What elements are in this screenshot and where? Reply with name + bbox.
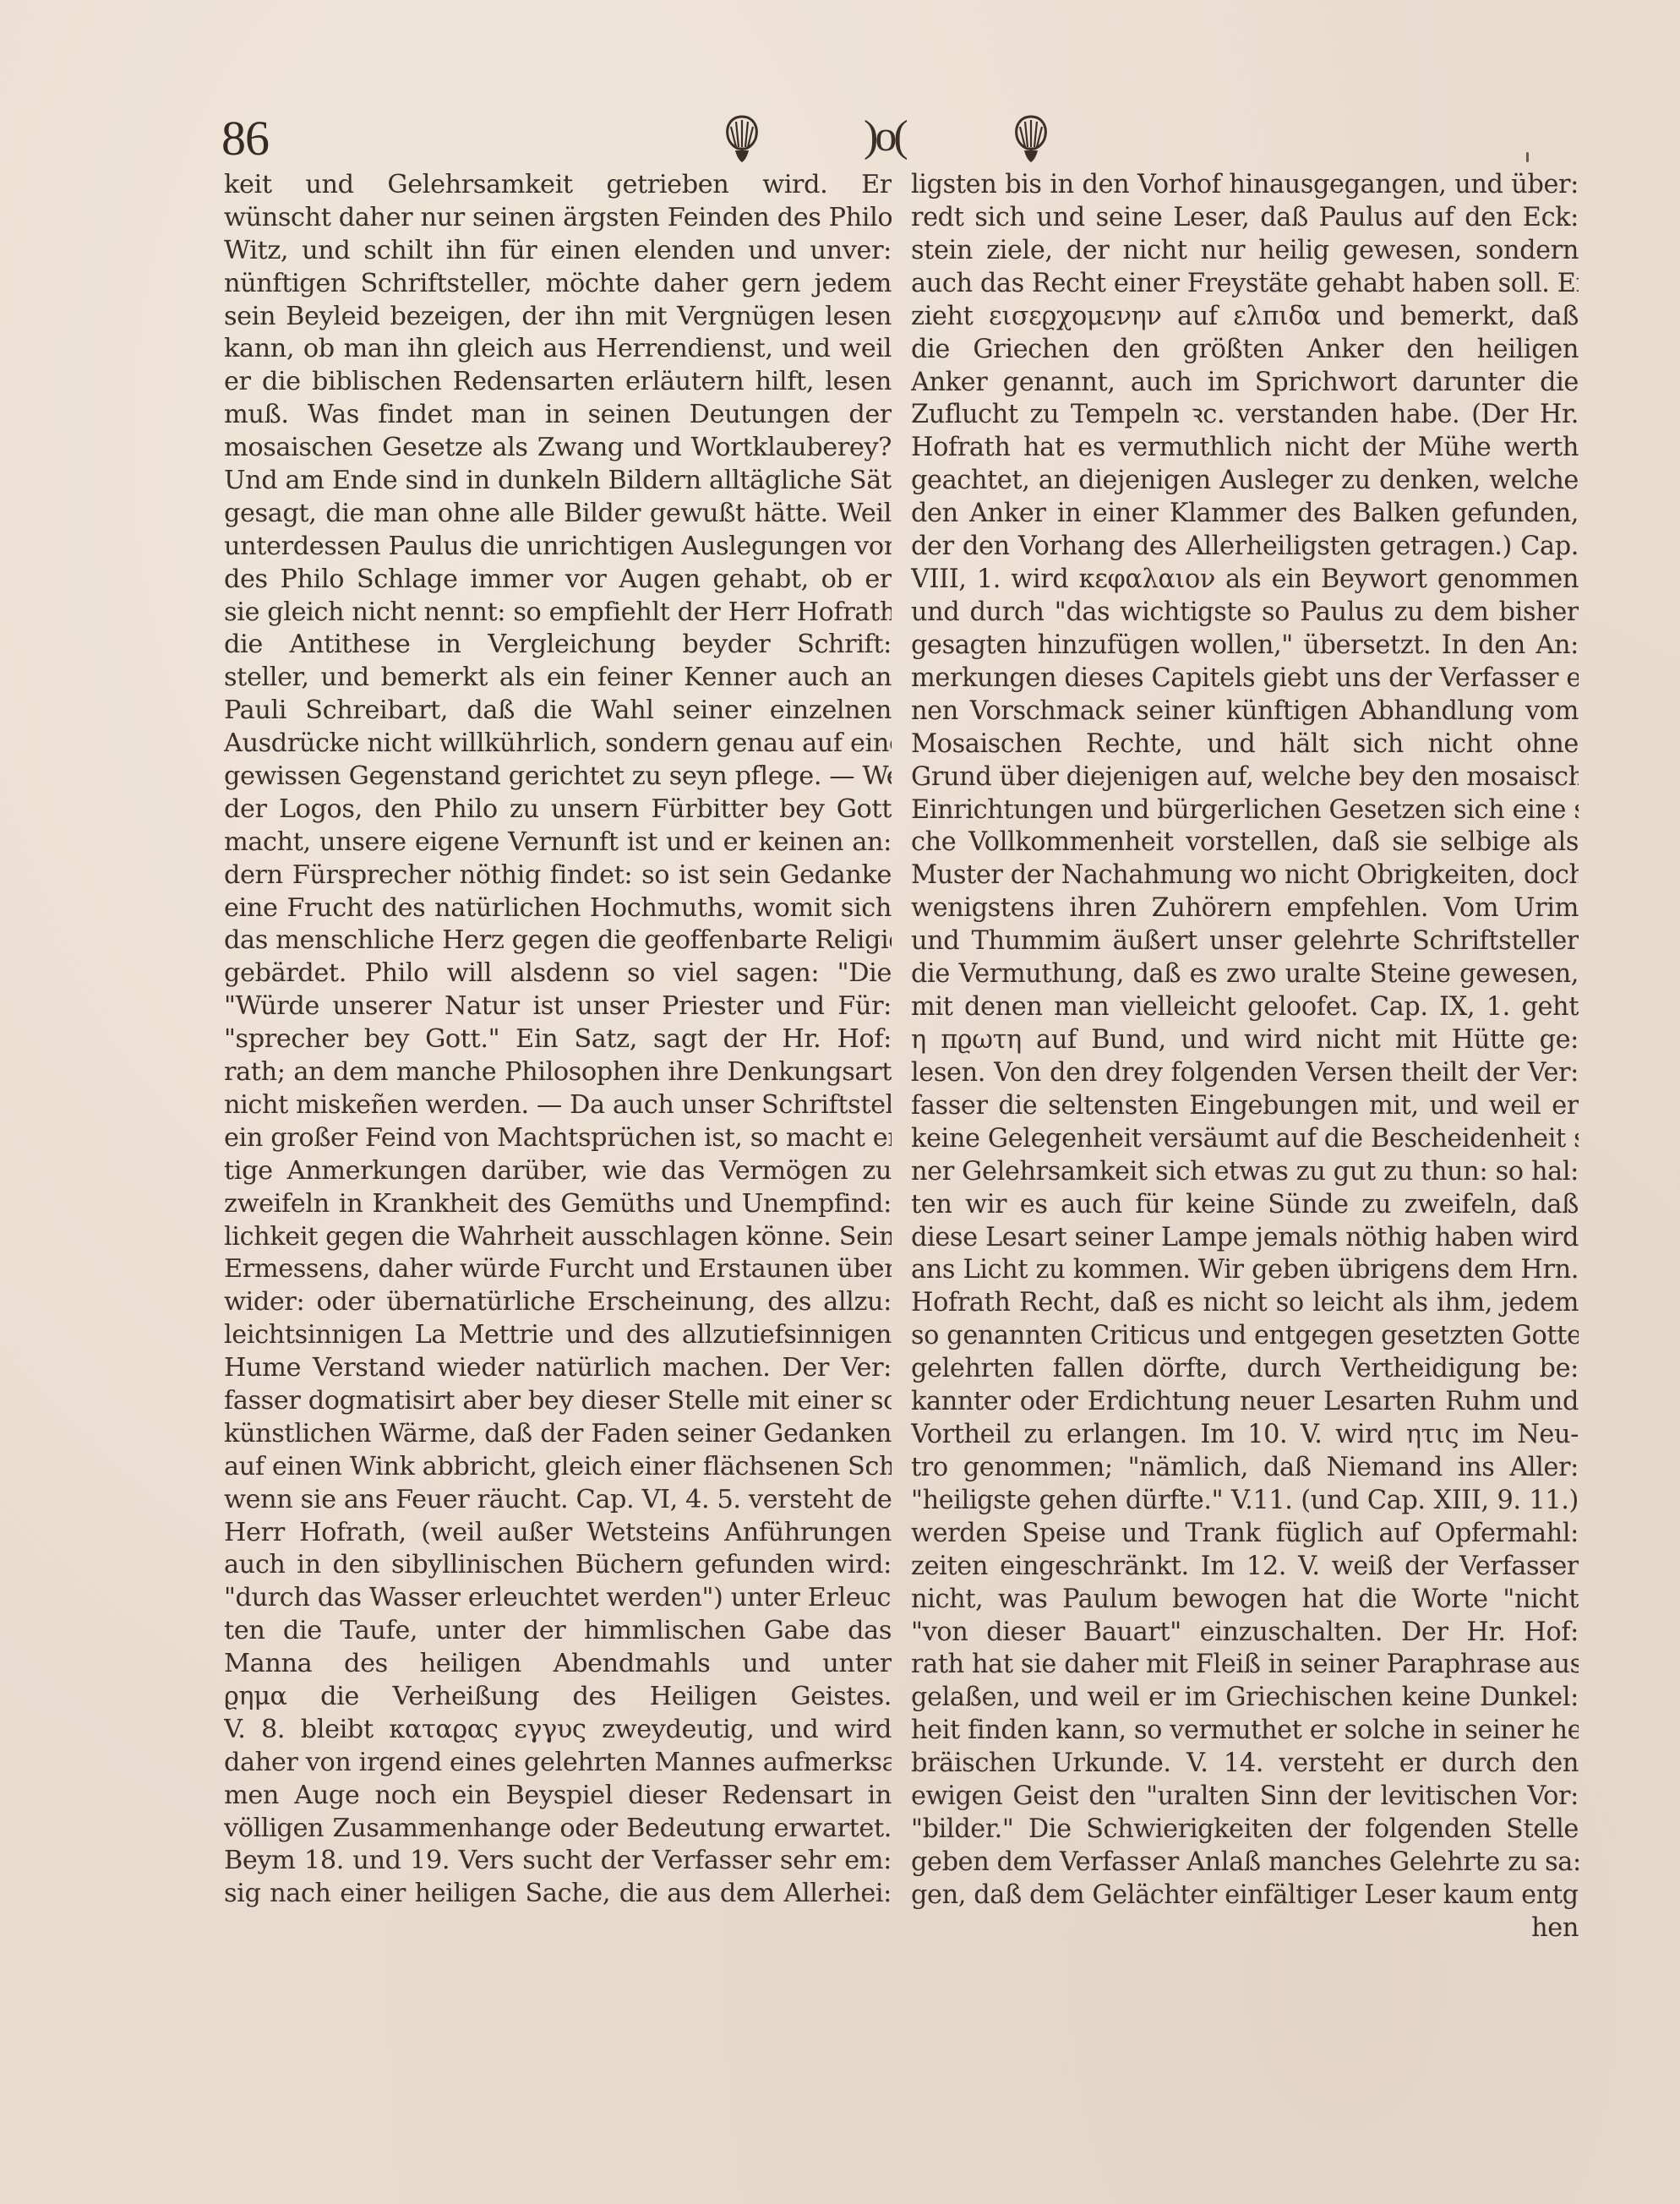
text-line: "von dieser Bauart" einzuschalten. Der H… (911, 1617, 1579, 1650)
text-line: ten wir es auch für keine Sünde zu zweif… (911, 1189, 1579, 1222)
text-line: sie gleich nicht nennt: so empfiehlt der… (224, 597, 892, 630)
text-line: ligsten bis in den Vorhof hinausgegangen… (911, 169, 1579, 202)
text-line: mosaischen Gesetze als Zwang und Wortkla… (224, 432, 892, 465)
text-line: nicht, was Paulum bewogen hat die Worte … (911, 1584, 1579, 1617)
text-line: tige Anmerkungen darüber, wie das Vermög… (224, 1155, 892, 1188)
text-line: unterdessen Paulus die unrichtigen Ausle… (224, 531, 892, 564)
text-line: so genannten Criticus und entgegen geset… (911, 1320, 1579, 1353)
text-line: nicht miskeñen werden. — Da auch unser S… (224, 1089, 892, 1122)
text-line: geben dem Verfasser Anlaß manches Gelehr… (911, 1847, 1579, 1879)
text-line: Einrichtungen und bürgerlichen Gesetzen … (911, 794, 1579, 827)
text-line: der den Vorhang des Allerheiligsten getr… (911, 531, 1579, 564)
text-line: ans Licht zu kommen. Wir geben übrigens … (911, 1254, 1579, 1287)
text-column-left: keit und Gelehrsamkeit getrieben wird. E… (224, 169, 892, 1911)
text-line: "heiligste gehen dürfte." V.11. (und Cap… (911, 1485, 1579, 1518)
text-line: Vortheil zu erlangen. Im 10. V. wird ητι… (911, 1419, 1579, 1452)
text-line: gewissen Gegenstand gerichtet zu seyn pf… (224, 761, 892, 794)
text-line: gesagt, die man ohne alle Bilder gewußt … (224, 498, 892, 531)
text-line: Und am Ende sind in dunkeln Bildern allt… (224, 465, 892, 498)
text-line: zweifeln in Krankheit des Gemüths und Un… (224, 1188, 892, 1221)
text-line: nünftigen Schriftsteller, möchte daher g… (224, 268, 892, 301)
text-line: dern Fürsprecher nöthig findet: so ist s… (224, 859, 892, 892)
text-line: lesen. Von den drey folgenden Versen the… (911, 1057, 1579, 1090)
text-line: eine Frucht des natürlichen Hochmuths, w… (224, 892, 892, 925)
text-line: Hume Verstand wieder natürlich machen. D… (224, 1352, 892, 1385)
text-line: "sprecher bey Gott." Ein Satz, sagt der … (224, 1023, 892, 1056)
text-line: der Logos, den Philo zu unsern Fürbitter… (224, 794, 892, 826)
text-line: η πϱωτη auf Bund, und wird nicht mit Hüt… (911, 1024, 1579, 1057)
text-line: die Griechen den größten Anker den heili… (911, 334, 1579, 367)
text-line: den Anker in einer Klammer des Balken ge… (911, 498, 1579, 531)
text-line: tro genommen; "nämlich, daß Niemand ins … (911, 1452, 1579, 1485)
text-line: wünscht daher nur seinen ärgsten Feinden… (224, 202, 892, 235)
scallop-shell-icon (1014, 115, 1048, 166)
text-line: gelaßen, und weil er im Griechischen kei… (911, 1682, 1579, 1715)
text-line: die Vermuthung, daß es zwo uralte Steine… (911, 958, 1579, 991)
text-line: des Philo Schlage immer vor Augen gehabt… (224, 564, 892, 597)
text-line: künstlichen Wärme, daß der Faden seiner … (224, 1418, 892, 1451)
text-line: wider: oder übernatürliche Erscheinung, … (224, 1286, 892, 1319)
text-line: che Vollkommenheit vorstellen, daß sie s… (911, 826, 1579, 859)
text-line: auch das Recht einer Freystäte gehabt ha… (911, 268, 1579, 301)
scallop-shell-icon (725, 115, 759, 166)
text-line: werden Speise und Trank füglich auf Opfe… (911, 1518, 1579, 1551)
text-line: keit und Gelehrsamkeit getrieben wird. E… (224, 169, 892, 202)
text-line: zeiten eingeschränkt. Im 12. V. weiß der… (911, 1551, 1579, 1584)
text-line: fasser die seltensten Eingebungen mit, u… (911, 1090, 1579, 1123)
text-line: diese Lesart seiner Lampe jemals nöthig … (911, 1222, 1579, 1255)
text-line: auch in den sibyllinischen Büchern gefun… (224, 1549, 892, 1582)
text-line: Zuflucht zu Tempeln ꝛc. verstanden habe.… (911, 399, 1579, 432)
text-line: VIII, 1. wird κεφαλαιον als ein Beywort … (911, 564, 1579, 597)
text-line: er die biblischen Redensarten erläutern … (224, 366, 892, 399)
text-line: Witz, und schilt ihn für einen elenden u… (224, 235, 892, 268)
ink-speck (1526, 152, 1529, 162)
catchword: hen (911, 1912, 1579, 1945)
text-line: merkungen dieses Capitels giebt uns der … (911, 663, 1579, 696)
text-line: geachtet, an diejenigen Ausleger zu denk… (911, 465, 1579, 498)
text-line: sig nach einer heiligen Sache, die aus d… (224, 1878, 892, 1911)
text-line: völligen Zusammenhange oder Bedeutung er… (224, 1813, 892, 1846)
text-line: kann, ob man ihn gleich aus Herrendienst… (224, 333, 892, 366)
text-line: leichtsinnigen La Mettrie und des allzut… (224, 1319, 892, 1352)
text-line: keine Gelegenheit versäumt auf die Besch… (911, 1123, 1579, 1156)
text-line: V. 8. bleibt καταϱας εγγυς zweydeutig, u… (224, 1714, 892, 1747)
page-number: 86 (221, 113, 269, 164)
text-line: nen Vorschmack seiner künftigen Abhandlu… (911, 696, 1579, 728)
text-line: auf einen Wink abbricht, gleich einer fl… (224, 1451, 892, 1484)
text-line: ner Gelehrsamkeit sich etwas zu gut zu t… (911, 1156, 1579, 1189)
text-line: Ermessens, daher würde Furcht und Erstau… (224, 1253, 892, 1286)
text-line: muß. Was findet man in seinen Deutungen … (224, 399, 892, 432)
text-column-right: ligsten bis in den Vorhof hinausgegangen… (911, 169, 1579, 1945)
text-line: wenn sie ans Feuer räucht. Cap. VI, 4. 5… (224, 1484, 892, 1517)
text-line: rath; an dem manche Philosophen ihre Den… (224, 1056, 892, 1089)
text-line: heit finden kann, so vermuthet er solche… (911, 1715, 1579, 1748)
text-line: macht, unsere eigene Vernunft ist und er… (224, 826, 892, 859)
text-line: Hofrath hat es vermuthlich nicht der Müh… (911, 432, 1579, 465)
text-line: ten die Taufe, unter der himmlischen Gab… (224, 1615, 892, 1648)
book-page: 86 )o( keit und Gelehrsamkeit getrieben … (0, 0, 1680, 2204)
text-line: fasser dogmatisirt aber bey dieser Stell… (224, 1385, 892, 1418)
text-line: "durch das Wasser erleuchtet werden") un… (224, 1582, 892, 1615)
text-line: daher von irgend eines gelehrten Mannes … (224, 1747, 892, 1780)
text-line: Hofrath Recht, daß es nicht so leicht al… (911, 1287, 1579, 1320)
text-line: Muster der Nachahmung wo nicht Obrigkeit… (911, 859, 1579, 892)
text-line: wenigstens ihren Zuhörern empfehlen. Vom… (911, 892, 1579, 925)
text-line: men Auge noch ein Beyspiel dieser Redens… (224, 1780, 892, 1813)
text-line: gebärdet. Philo will alsdenn so viel sag… (224, 957, 892, 990)
text-line: und durch "das wichtigste so Paulus zu d… (911, 597, 1579, 630)
text-line: die Antithese in Vergleichung beyder Sch… (224, 629, 892, 662)
text-line: Mosaischen Rechte, und hält sich nicht o… (911, 728, 1579, 761)
text-line: und Thummim äußert unser gelehrte Schrif… (911, 925, 1579, 958)
text-line: gelehrten fallen dörfte, durch Vertheidi… (911, 1353, 1579, 1386)
text-line: Herr Hofrath, (weil außer Wetsteins Anfü… (224, 1517, 892, 1550)
text-line: ϱημα die Verheißung des Heiligen Geistes… (224, 1681, 892, 1714)
text-line: ewigen Geist den "uralten Sinn der levit… (911, 1781, 1579, 1814)
page-header: 86 )o( (0, 108, 1680, 176)
text-line: kannter oder Erdichtung neuer Lesarten R… (911, 1386, 1579, 1419)
text-line: zieht εισεϱχομενην auf ελπιδα und bemerk… (911, 301, 1579, 334)
text-line: Beym 18. und 19. Vers sucht der Verfasse… (224, 1845, 892, 1878)
text-line: bräischen Urkunde. V. 14. versteht er du… (911, 1748, 1579, 1781)
text-line: redt sich und seine Leser, daß Paulus au… (911, 202, 1579, 235)
text-line: ein großer Feind von Machtsprüchen ist, … (224, 1122, 892, 1155)
text-line: stein ziele, der nicht nur heilig gewese… (911, 235, 1579, 268)
text-line: Anker genannt, auch im Sprichwort darunt… (911, 367, 1579, 400)
text-line: Ausdrücke nicht willkührlich, sondern ge… (224, 728, 892, 761)
text-line: das menschliche Herz gegen die geoffenba… (224, 925, 892, 957)
text-line: lichkeit gegen die Wahrheit ausschlagen … (224, 1221, 892, 1254)
text-line: Pauli Schreibart, daß die Wahl seiner ei… (224, 695, 892, 728)
text-line: sein Beyleid bezeigen, der ihn mit Vergn… (224, 301, 892, 334)
text-line: mit denen man vielleicht geloofet. Cap. … (911, 991, 1579, 1024)
text-line: gesagten hinzufügen wollen," übersetzt. … (911, 630, 1579, 663)
text-line: "bilder." Die Schwierigkeiten der folgen… (911, 1814, 1579, 1847)
text-line: "Würde unserer Natur ist unser Priester … (224, 990, 892, 1023)
text-line: gen, daß dem Gelächter einfältiger Leser… (911, 1879, 1579, 1912)
text-line: Grund über diejenigen auf, welche bey de… (911, 761, 1579, 794)
text-line: rath hat sie daher mit Fleiß in seiner P… (911, 1649, 1579, 1682)
ornament-divider: )o( (864, 112, 923, 162)
text-line: Manna des heiligen Abendmahls und unter (224, 1648, 892, 1681)
text-line: steller, und bemerkt als ein feiner Kenn… (224, 662, 892, 695)
